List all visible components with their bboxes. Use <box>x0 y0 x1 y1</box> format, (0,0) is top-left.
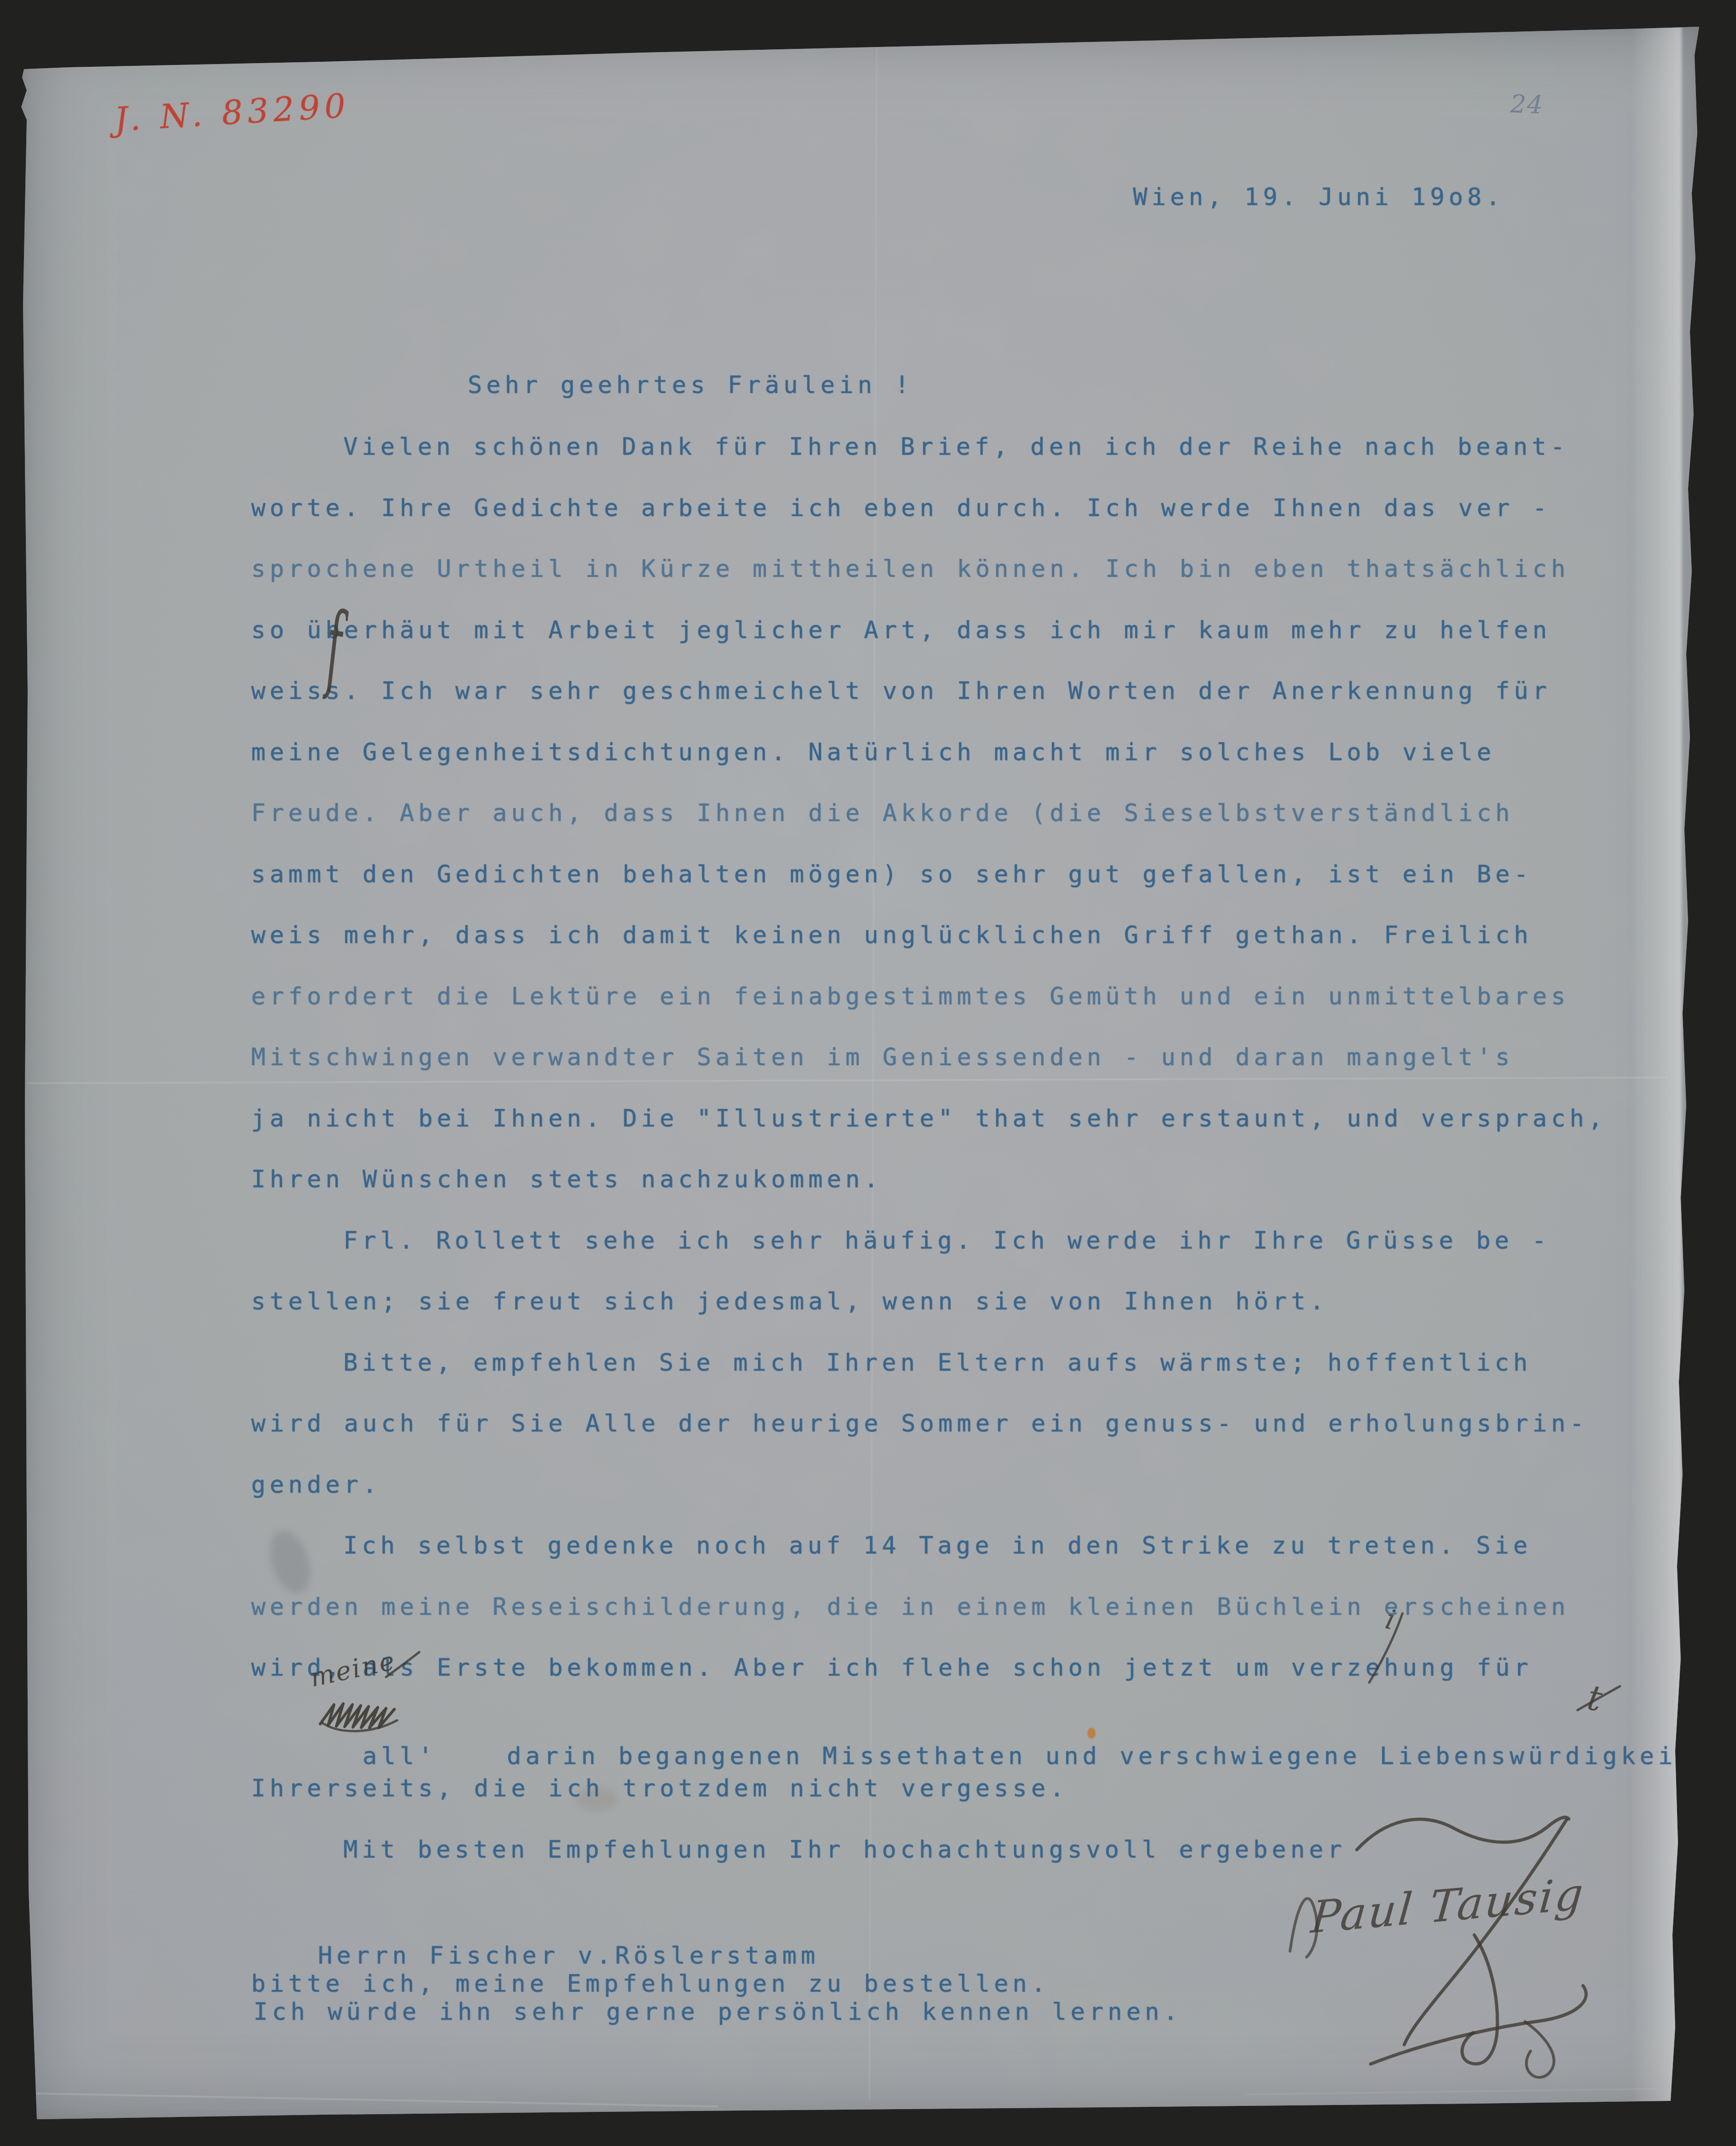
typed-line: ja nicht bei Ihnen. Die "Illustrierte" t… <box>251 1105 1607 1132</box>
typed-line: Mitschwingen verwandter Saiten im Genies… <box>251 1044 1514 1071</box>
typed-line: Frl. Rollett sehe ich sehr häufig. Ich w… <box>343 1227 1550 1255</box>
typed-line: wird auch für Sie Alle der heurige Somme… <box>251 1410 1588 1437</box>
typed-line: Freude. Aber auch, dass Ihnen die Akkord… <box>251 799 1514 827</box>
typed-line: Bitte, empfehlen Sie mich Ihren Eltern a… <box>343 1349 1532 1377</box>
typed-line: werden meine Reseischilderung, die in ei… <box>251 1593 1570 1621</box>
typed-line: Ihren Wünschen stets nachzukommen. <box>251 1166 882 1193</box>
salutation: Sehr geehrtes Fräulein ! <box>468 371 913 399</box>
typed-line: Ihrerseits, die ich trotzdem nicht verge… <box>251 1775 1068 1802</box>
letter-page: J. N. 83290 24 Wien, 19. Juni 19o8. Sehr… <box>0 0 1736 2146</box>
postscript-line: bitte ich, meine Empfehlungen zu bestell… <box>251 1970 1050 1998</box>
typed-line: weis mehr, dass ich damit keinen unglück… <box>251 921 1532 949</box>
dateline: Wien, 19. Juni 19o8. <box>1133 183 1504 211</box>
postscript-line: Herrn Fischer v.Röslerstamm <box>318 1942 819 1970</box>
typed-line: so überhäut mit Arbeit jeglicher Art, da… <box>251 616 1551 644</box>
closing-line: Mit besten Empfehlungen Ihr hochachtungs… <box>343 1836 1346 1864</box>
typed-line: stellen; sie freut sich jedesmal, wenn s… <box>251 1288 1328 1315</box>
postscript-line: Ich würde ihn sehr gerne persönlich kenn… <box>253 1998 1182 2026</box>
scan-backdrop: J. N. 83290 24 Wien, 19. Juni 19o8. Sehr… <box>0 0 1736 2146</box>
typed-line: weiss. Ich war sehr geschmeichelt von Ih… <box>251 677 1551 705</box>
typed-line: erfordert die Lektüre ein feinabgestimmt… <box>251 983 1570 1010</box>
page-number: 24 <box>1510 92 1544 118</box>
paper-edge-shading <box>18 23 1704 2123</box>
typed-line: worte. Ihre Gedichte arbeite ich eben du… <box>251 494 1551 522</box>
typed-line: Ich selbst gedenke noch auf 14 Tage in d… <box>343 1532 1532 1560</box>
amended-line-prefix: all' <box>363 1742 437 1770</box>
inserted-f-handwriting: f <box>325 598 343 697</box>
typed-line: meine Gelegenheitsdichtungen. Natürlich … <box>251 739 1496 766</box>
typed-line: Vielen schönen Dank für Ihren Brief, den… <box>343 433 1569 461</box>
typed-line: gender. <box>251 1471 381 1499</box>
amended-line-rest: darin begangenen Missethaten und verschw… <box>507 1742 1677 1770</box>
typed-line: wird, als Erste bekommen. Aber ich flehe… <box>251 1654 1532 1682</box>
typed-line: sprochene Urtheil in Kürze mittheilen kö… <box>251 555 1570 583</box>
typed-line: sammt den Gedichten behalten mögen) so s… <box>251 861 1532 888</box>
